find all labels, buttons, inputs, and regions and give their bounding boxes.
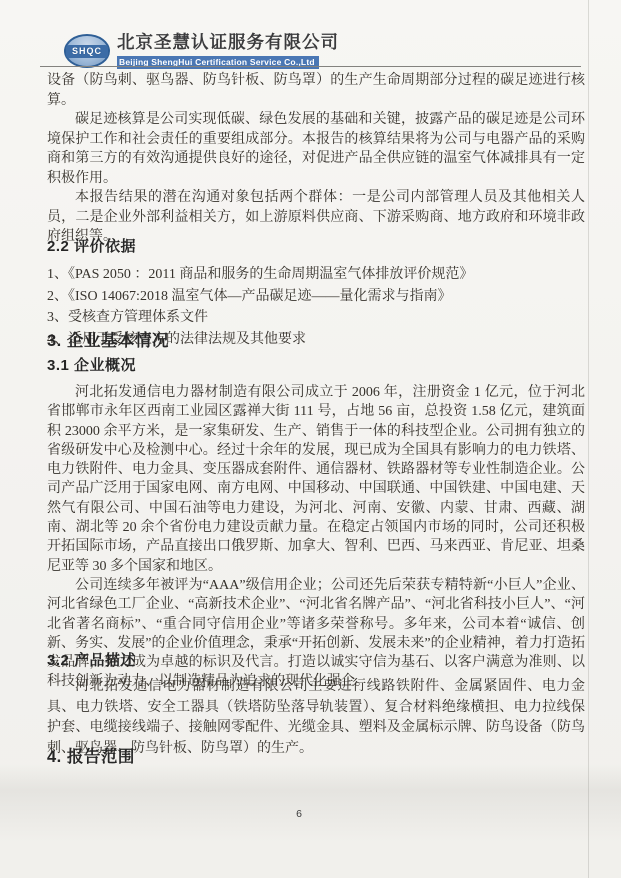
shqc-logo-icon: SHQC xyxy=(64,34,110,68)
report-header: SHQC 北京圣慧认证服务有限公司 Beijing ShengHui Certi… xyxy=(64,32,339,70)
paragraph-device-footprint: 设备（防鸟刺、驱鸟器、防鸟针板、防鸟罩）的生产生命周期部分过程的碳足迹进行核算。 xyxy=(47,71,585,110)
page-number: 6 xyxy=(0,808,598,820)
section-company-basic-info: 3. 企业基本情况 xyxy=(47,331,585,351)
paragraph-company-overview: 河北拓发通信电力器材制造有限公司成立于 2006 年，注册资金 1 亿元，位于河… xyxy=(47,383,585,576)
company-name-chinese: 北京圣慧认证服务有限公司 xyxy=(117,32,339,52)
scan-artifact-line xyxy=(588,0,589,878)
section-company-overview: 3.1 企业概况 河北拓发通信电力器材制造有限公司成立于 2006 年，注册资金… xyxy=(47,357,585,692)
list-item-management-system-docs: 3、受核查方管理体系文件 xyxy=(47,307,585,329)
section-product-description: 3.2 产品描述 河北拓发通信电力器材制造有限公司主要进行线路铁附件、金属紧固件… xyxy=(47,652,585,759)
heading-2-2-evaluation-basis: 2.2 评价依据 xyxy=(47,238,585,256)
heading-3-company-basic-info: 3. 企业基本情况 xyxy=(47,331,585,351)
logo-abbr-text: SHQC xyxy=(66,45,108,58)
list-item-iso-14067: 2、《ISO 14067:2018 温室气体—产品碳足迹——量化需求与指南》 xyxy=(47,286,585,308)
heading-4-report-scope: 4. 报告范围 xyxy=(47,747,585,767)
list-item-pas-2050: 1、《PAS 2050 ：2011 商品和服务的生命周期温室气体排放评价规范》 xyxy=(47,264,585,286)
header-divider xyxy=(40,66,581,67)
document-page: SHQC 北京圣慧认证服务有限公司 Beijing ShengHui Certi… xyxy=(0,0,621,878)
intro-paragraphs: 设备（防鸟刺、驱鸟器、防鸟针板、防鸟罩）的生产生命周期部分过程的碳足迹进行核算。… xyxy=(47,71,585,247)
paragraph-footprint-importance: 碳足迹核算是公司实现低碳、绿色发展的基础和关键，披露产品的碳足迹是公司环境保护工… xyxy=(47,110,585,188)
section-report-scope: 4. 报告范围 xyxy=(47,747,585,767)
heading-3-2-product-description: 3.2 产品描述 xyxy=(47,652,585,670)
heading-3-1-company-overview: 3.1 企业概况 xyxy=(47,357,585,375)
company-name-block: 北京圣慧认证服务有限公司 Beijing ShengHui Certificat… xyxy=(117,32,339,70)
